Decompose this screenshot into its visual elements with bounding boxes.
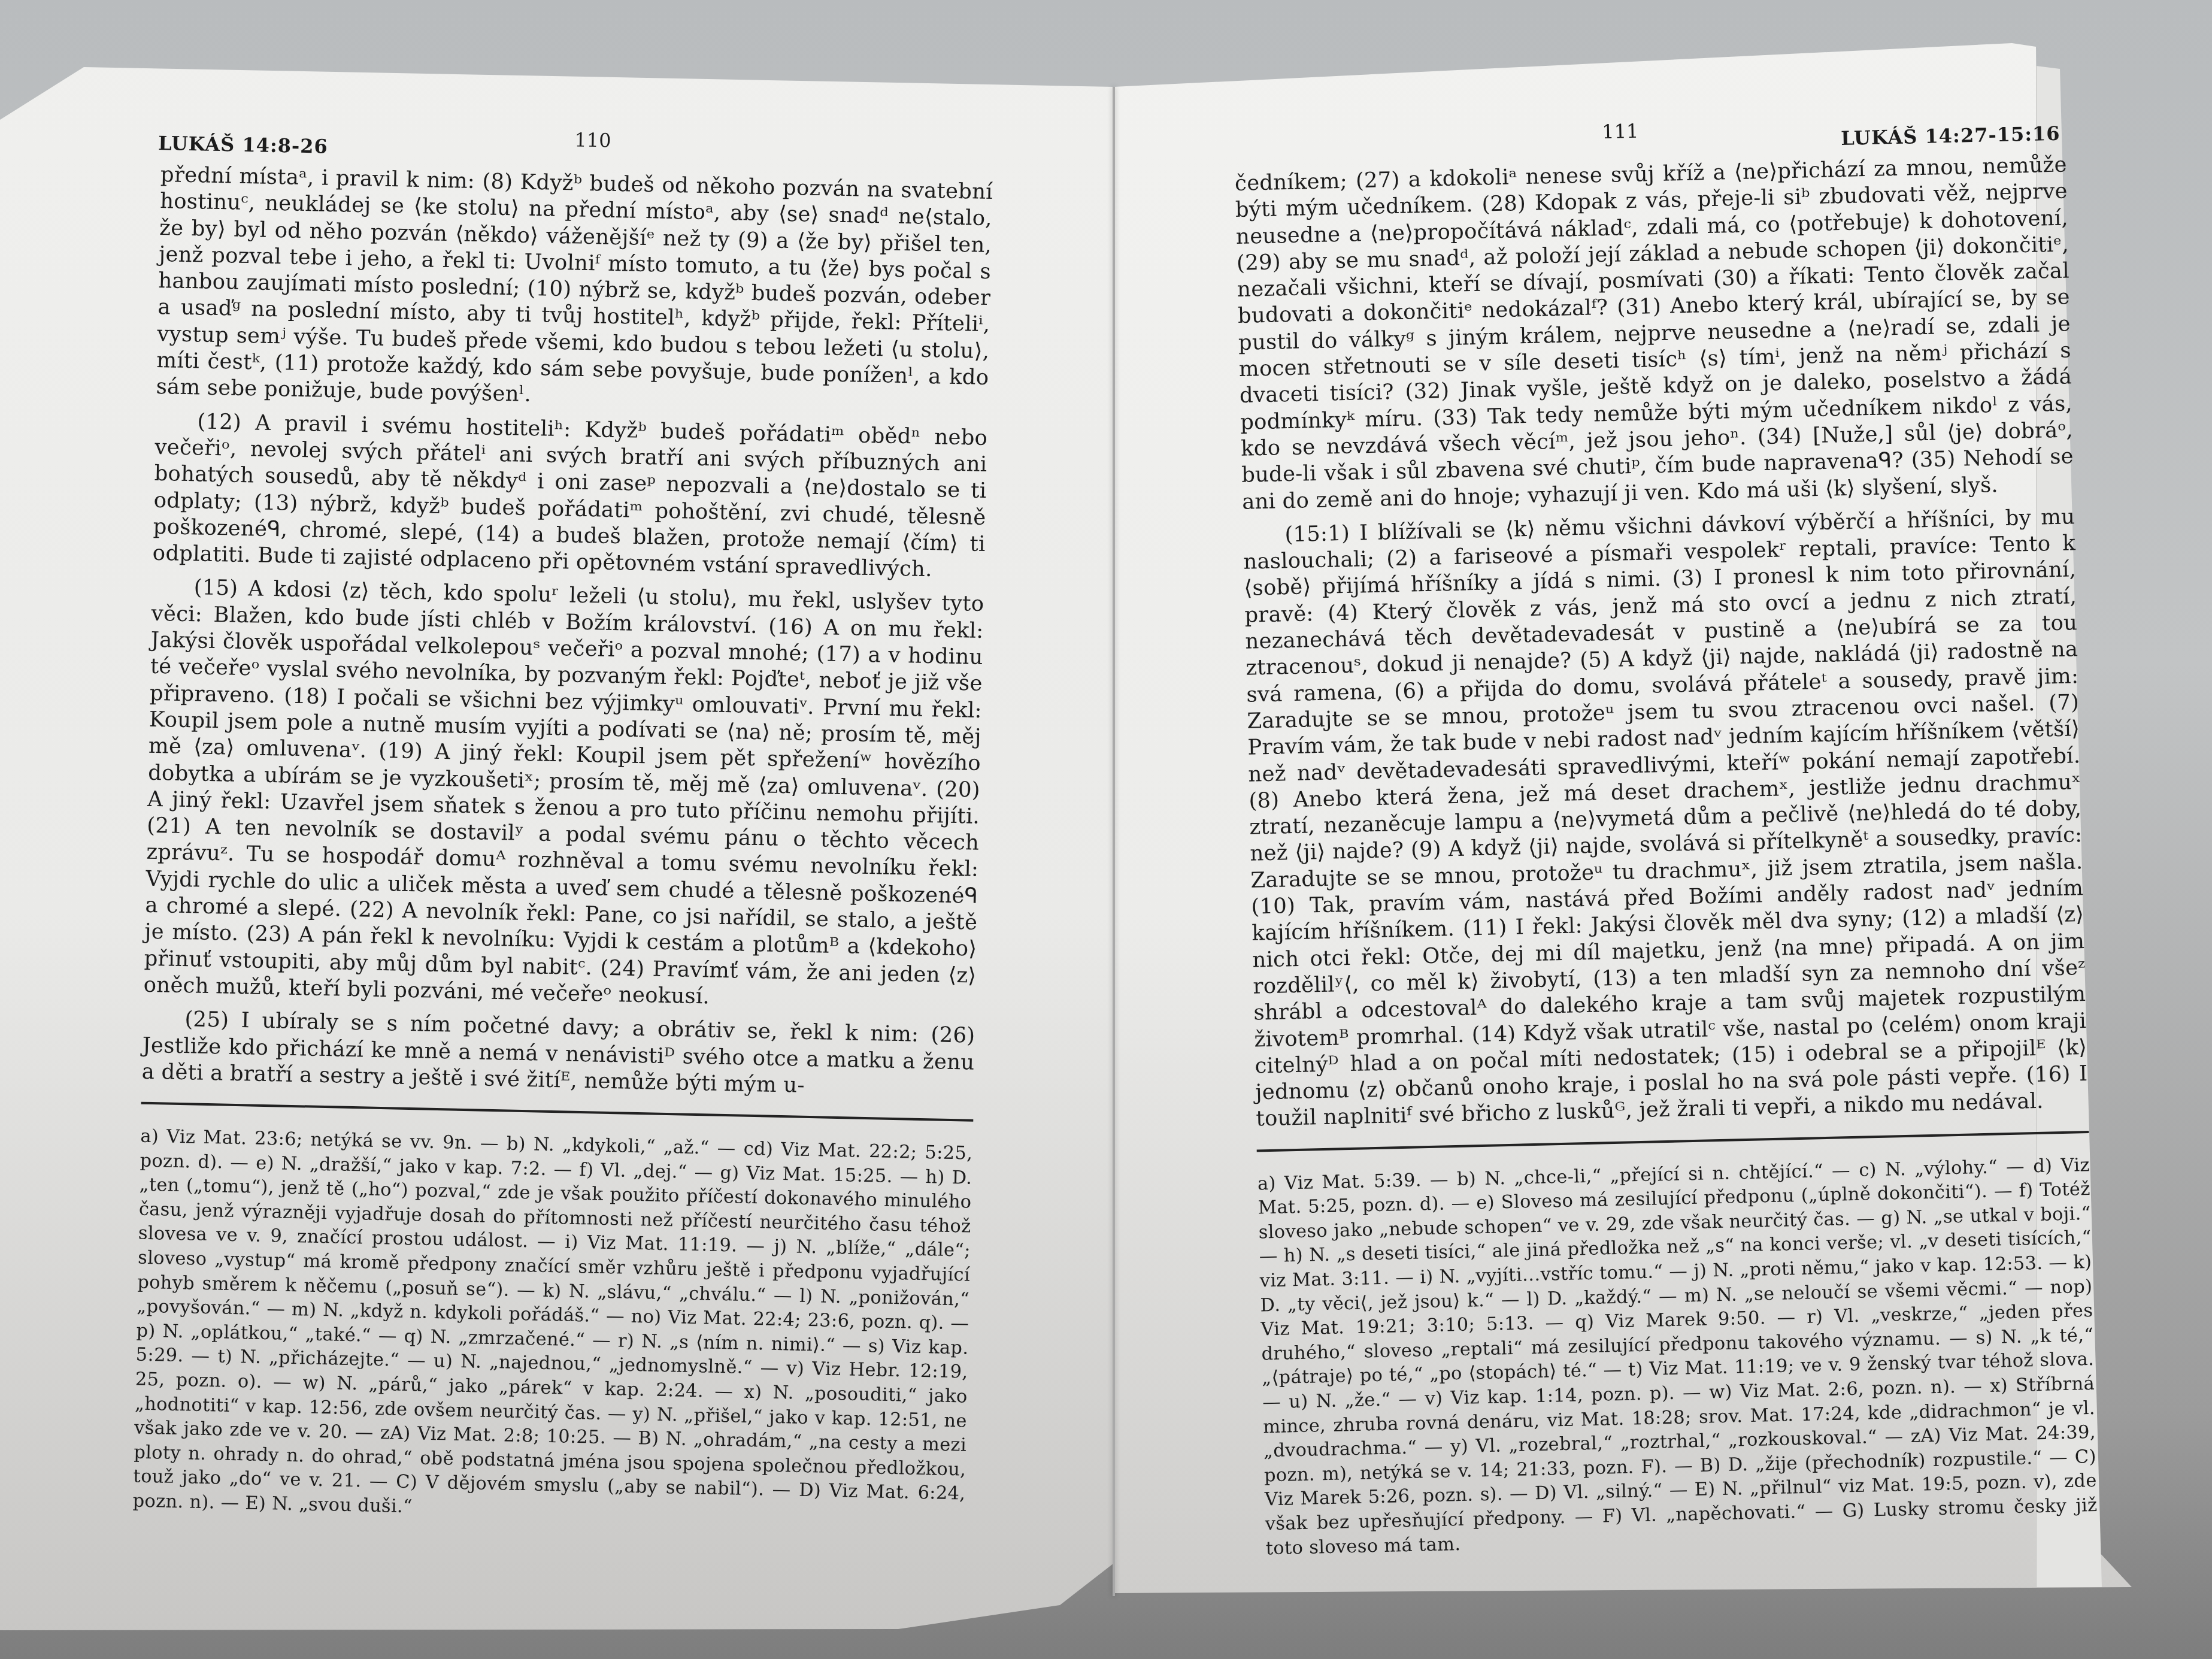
left-page-content: LUKÁŠ 14:8-26 110 přední místaᵃ, i pravi… [132, 120, 993, 1531]
right-body-text: čedníkem; (27) a kdokoliᵃ nenese svůj kř… [1235, 152, 2089, 1133]
left-running-title: LUKÁŠ 14:8-26 [158, 132, 328, 158]
right-page-content: 111 LUKÁŠ 14:27-15:16 čedníkem; (27) a k… [1234, 110, 2098, 1561]
paragraph: čedníkem; (27) a kdokoliᵃ nenese svůj kř… [1235, 152, 2075, 515]
footnote-divider [141, 1102, 974, 1122]
paragraph: (25) I ubíraly se s ním početné davy; a … [141, 1006, 975, 1103]
paragraph: (15) A kdosi ⟨z⟩ těch, kdo spoluʳ leželi… [143, 574, 984, 1016]
paragraph: (12) A pravil i svému hostiteliʰ: Kdyžᵇ … [152, 408, 987, 585]
paragraph: přední místaᵃ, i pravil k nim: (8) Kdyžᵇ… [156, 162, 993, 418]
footnote-divider [1257, 1131, 2089, 1152]
right-footnotes: a) Viz Mat. 5:39. — b) N. „chce-li,“ „př… [1257, 1154, 2098, 1561]
footnotes-text: a) Viz Mat. 23:6; netýká se vv. 9n. — b)… [132, 1125, 972, 1531]
right-running-title: LUKÁŠ 14:27-15:16 [1841, 122, 2061, 150]
footnotes-text: a) Viz Mat. 5:39. — b) N. „chce-li,“ „př… [1257, 1154, 2098, 1561]
left-page-number: 110 [574, 128, 611, 152]
left-footnotes: a) Viz Mat. 23:6; netýká se vv. 9n. — b)… [132, 1125, 972, 1531]
paragraph: (15:1) I blížívali se ⟨k⟩ němu všichni d… [1243, 504, 2089, 1133]
right-page-number: 111 [1602, 120, 1639, 143]
left-body-text: přední místaᵃ, i pravil k nim: (8) Kdyžᵇ… [141, 162, 993, 1103]
book-spine-stitching [1113, 87, 1115, 1596]
